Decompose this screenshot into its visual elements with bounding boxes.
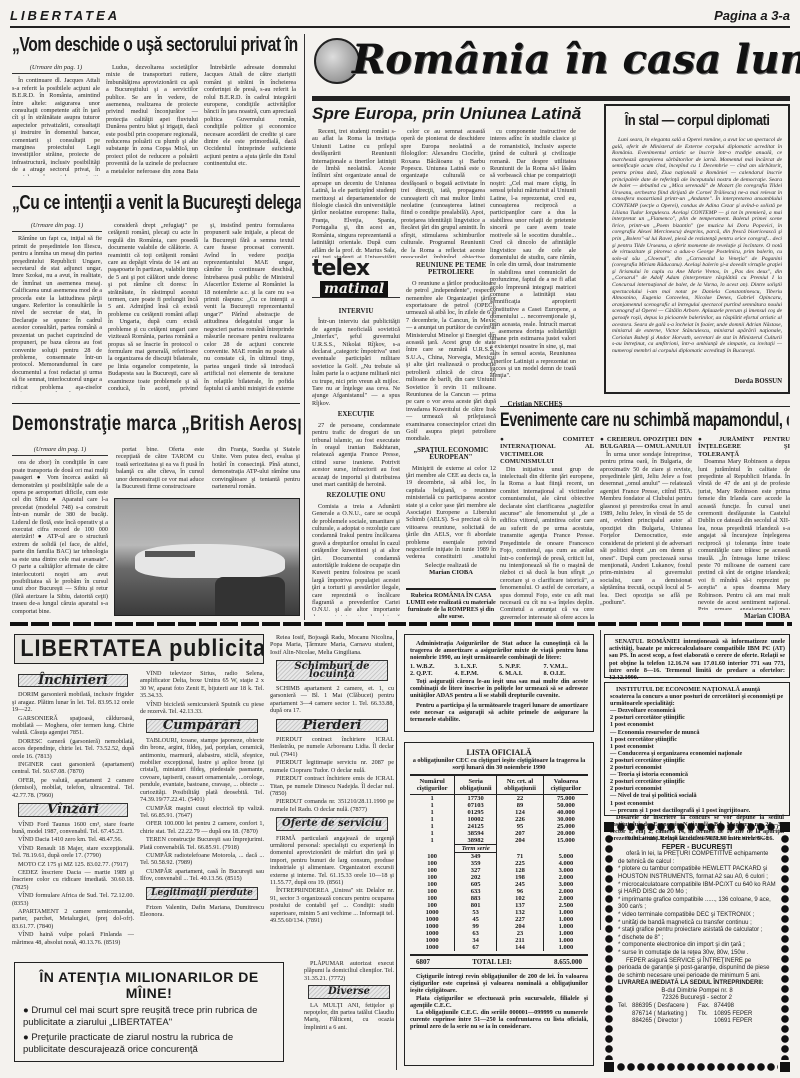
table-cell: 3.000 [543, 867, 588, 874]
table-cell: 50.000 [543, 802, 588, 809]
ad-text: DORIM garsonieră mobilată, inclusiv frig… [12, 691, 134, 713]
cec-total-row: 6807 TOTAL LEI: 8.655.000 [410, 954, 588, 969]
column-header: Valoarea cîştigurilor [543, 776, 588, 795]
table-cell: 63 [455, 930, 497, 937]
table-cell: 227 [497, 916, 544, 923]
column-text: cu componente instructive de interes adî… [490, 128, 576, 380]
continued-note: (Urmare din pag. 1) [12, 446, 108, 456]
ad-text: VÎND bicicletă semicursieră Sputnik cu p… [140, 701, 264, 716]
body-text: Luni seara, în eleganta sală a Operei ro… [612, 137, 782, 355]
table-cell: 1000 [410, 937, 455, 944]
masthead: LIBERTATEA Pagina a 3-a [10, 6, 790, 28]
table-cell: 75.000 [543, 795, 588, 803]
product-item: * unităţi de bandă magnetică cu transfer… [618, 920, 776, 928]
ad-bullet: ● Preţurile practicate de ziarul nostru … [23, 1032, 275, 1056]
article-british-aerospace: Demonstraţie marca „British Aerospace" (… [12, 412, 304, 622]
table-cell: 95 [497, 823, 544, 830]
table-cell: 2.000 [543, 874, 588, 881]
classifieds-column-1: Închirieri DORIM garsonieră mobilată, in… [12, 670, 134, 955]
section-header: Închirieri [18, 674, 128, 687]
table-cell: 2.500 [543, 902, 588, 909]
bullet-text: Preţurile practicate de ziarul nostru la… [23, 1032, 233, 1055]
product-item: * imprimante grafice compatibile ......,… [618, 897, 776, 912]
table-cell: 1 [410, 837, 455, 845]
ad-body: Pentru a participa şi la următoarele tra… [410, 702, 588, 724]
table-cell: 883 [455, 895, 497, 902]
table-cell: 30.000 [543, 816, 588, 823]
section-banner: România în casa lumii [312, 34, 792, 94]
item-body: 27 de persoane, condamnate pentru trafic… [312, 422, 400, 489]
article-column: portat bine. Oferta este recepţiată de c… [116, 446, 204, 488]
article-column: cu componente instructive de interes adî… [490, 128, 576, 418]
column-divider [396, 630, 397, 1070]
telex-column-right: REUNIUNE PE TEME PETROLIERE O reuniune a… [406, 258, 496, 558]
ad-text: INGINER caut garsonieră (apartament) cen… [12, 761, 134, 776]
ad-text: VÎND televizor Sirius, radio Selena, amp… [140, 670, 264, 700]
table-cell: 96 [497, 888, 544, 895]
ad-institute: INSTITUTUL DE ECONOMIE NAŢIONALĂ anunţă … [604, 682, 790, 816]
table-cell: 53 [455, 909, 497, 916]
ad-text: TABLOURI, icoane, stampe japoneze, obiec… [140, 737, 264, 804]
table-cell: 211 [497, 937, 544, 944]
section-header: Vînzări [18, 803, 128, 816]
contact-field [618, 1018, 632, 1026]
table-cell: 3.000 [543, 881, 588, 888]
classifieds-logo: LIBERTATEA publicitate [14, 634, 264, 664]
table-cell: 100 [410, 888, 455, 895]
classifieds-column-4: PLĂPUMAR autorizat execut plăpumi la dom… [304, 960, 394, 1070]
dotted-border-bottom [616, 1062, 778, 1072]
article-column: (Urmare din pag. 1) Rămîne un fapt ca, i… [12, 222, 102, 392]
column-text: celor ce au semnat această operă de pion… [401, 128, 485, 258]
headline: Demonstraţie marca „British Aerospace" [12, 412, 301, 438]
table-cell: 124 [497, 809, 544, 816]
ad-text: LA MULŢI ANI, fetiţelor şi nepoţelor, di… [304, 1002, 394, 1032]
page-number: Pagina a 3-a [714, 8, 790, 23]
ad-senate: SENATUL ROMÂNIEI intenţionează să inform… [604, 634, 790, 678]
table-cell: 605 [455, 881, 497, 888]
divider [312, 96, 790, 101]
selection-author: Marian CIOBA [406, 569, 496, 576]
airplane-photo [114, 498, 300, 616]
ad-millionaires: ÎN ATENŢIA MILIONARILOR DE MÎINE! ● Drum… [14, 962, 284, 1062]
ad-text: SCHIMB apartament 2 camere, et. 1, cu ga… [270, 685, 394, 715]
table-row: 100063231.000 [410, 930, 588, 937]
table-cell: 100 [410, 902, 455, 909]
table-row: 1002021982.000 [410, 874, 588, 881]
combination: 3. L.X.F. [455, 663, 500, 670]
events-column: ● COMITET INTERNAŢIONAL AL VICTIMELOR CO… [500, 436, 594, 620]
note: La obligaţiunile C.E.C. din seriile 0000… [410, 1009, 588, 1031]
table-cell: 1000 [410, 916, 455, 923]
term-label: Term serie [455, 845, 497, 853]
column-text: consideră drept „refugiaţi" pe cetăţenii… [108, 222, 198, 392]
table-cell: 1 [410, 830, 455, 837]
table-cell: 4.000 [543, 860, 588, 867]
table-cell: 1.000 [543, 944, 588, 951]
table-cell: 1 [410, 816, 455, 823]
table-cell: 204 [497, 923, 544, 930]
table-row: 100633962.000 [410, 888, 588, 895]
item-body: O reuniune a ţărilor producătoare de pet… [406, 280, 496, 443]
contact-row: Tel.886395 ( Desfacere )Fax.874498 [618, 1003, 776, 1011]
headline: „Vom deschide o uşă sectorului privat în… [12, 34, 301, 58]
ad-adas: Administraţia Asigurărilor de Stat aduce… [404, 634, 594, 732]
table-row: 1000531321.000 [410, 909, 588, 916]
headline: Spre Europa, prin Uniunea Latină [312, 104, 582, 124]
contact-list: Tel.886395 ( Desfacere )Fax.874498876714… [618, 1003, 776, 1026]
address-line: B-dul Dimitrie Pompei nr. 8 [618, 988, 776, 996]
table-cell: 38982 [455, 837, 497, 845]
table-cell: 1000 [410, 909, 455, 916]
cec-official-list: LISTA OFICIALĂ a obligaţiunilor CEC cu c… [404, 742, 594, 1066]
ad-body: SENATUL ROMÂNIEI intenţionează să inform… [609, 638, 785, 681]
column-header: Numărul cîştigurilor [410, 776, 455, 795]
article-body: Luni seara, în eleganta sală a Operei ro… [612, 137, 782, 375]
position-line: — Teoria şi istoria economică [610, 771, 784, 778]
column-header: Nr. crt. al obligaţiunii [497, 776, 544, 795]
item-title: ● CREIERUL OPOZIŢIEI DIN BULGARIA — OMUL… [600, 436, 692, 451]
contact-field: 874498 [714, 1003, 776, 1011]
ad-text: TEREN construcţie Bucureşti sau împrejur… [140, 836, 264, 851]
note: Cîştigurile întregi revin obligaţiunilor… [410, 973, 588, 995]
feper-content: ÎNTREPRINDEREA DE ECHIPAMENTE PERIFERICE… [618, 836, 776, 1058]
article-column: Ludus, dezvoltarea societăţilor mixte de… [106, 64, 198, 176]
table-cell: 45 [455, 916, 497, 923]
ad-text: VÎND formulare Africa de Sud. Tel. 72.12… [12, 892, 134, 907]
section-header: Diverse [308, 985, 390, 998]
cec-notes: Cîştigurile întregi revin obligaţiunilor… [410, 973, 588, 1031]
telex-logo: telex matinal [312, 258, 400, 298]
ad-intro: oferă în lei, la PREŢURI COMPETITIVE ech… [618, 851, 776, 866]
column-divider [600, 630, 601, 930]
section-header: Oferte de serviciu [276, 817, 388, 830]
position-line: — Conducerea şi organizarea economiei na… [610, 750, 784, 757]
total-value: 8.655.000 [554, 958, 582, 966]
item-title: INTERVIU [312, 308, 400, 315]
selection-label: Selecţie realizată de [406, 562, 496, 569]
product-item: * dischete de 8" ; [618, 935, 776, 943]
table-cell: 25.000 [543, 823, 588, 830]
table-cell: 100 [410, 881, 455, 888]
table-row: 1003271283.000 [410, 867, 588, 874]
telex-column-left: INTERVIU Într-un interviu dat publicităţ… [312, 304, 400, 616]
combination: 2. Q.P.T. [410, 670, 455, 677]
table-row: 11000222630.000 [410, 816, 588, 823]
item-body: Într-un interviu dat publicităţii de age… [312, 318, 400, 407]
column-text: Rămîne un fapt ca, iniţial să fie primit… [12, 235, 102, 392]
contact-field [698, 1018, 714, 1026]
address-line: 72326 Bucureşti - sector 2 [618, 995, 776, 1003]
product-item: * staţii grafice pentru proiectare asist… [618, 927, 776, 935]
ad-text: CUMPĂR maşini cusut electrică tip valiză… [140, 805, 264, 820]
delivery-note: LIVRAREA IMEDIATĂ LA SEDIUL ÎNTREPRINDER… [618, 980, 776, 988]
table-cell: 17730 [455, 795, 497, 803]
ad-intro: Administraţia Asigurărilor de Stat aduce… [410, 640, 588, 662]
item-title: REZOLUŢIE ONU [312, 492, 400, 499]
column-text: din Franţa, Suedia şi Statele Unite. Vom… [212, 446, 300, 488]
combination: 8. O.I.E. [544, 670, 589, 677]
table-row: 1008831022.000 [410, 895, 588, 902]
table-cell: 226 [497, 816, 544, 823]
column-text: Întrebările adresate domnului Jacques At… [204, 64, 296, 168]
ad-text: PIERDUT contract închiriere emis de ICRA… [270, 775, 394, 797]
table-cell: 1.000 [543, 909, 588, 916]
dotted-border-left [604, 834, 614, 1060]
column-header: Seria obligaţiunii [455, 776, 497, 795]
headline: „Cu ce intenţii a venit la Bucureşti del… [12, 192, 301, 216]
position-line: 2 posturi cercetător ştiinţific [610, 778, 784, 785]
table-cell: 40.000 [543, 809, 588, 816]
ad-text: Frizen Valentin, Dafin Mariana, Dumitres… [140, 904, 264, 919]
ad-text: VÎND Dacia 1410 zero km. Tel. 48.47.56. [12, 836, 134, 843]
article-column: consideră drept „refugiaţi" pe cetăţenii… [108, 222, 198, 392]
author: Marian CIOBA [698, 613, 790, 620]
table-row: 10129512440.000 [410, 809, 588, 816]
column-text: Recent, trei studenţi români s-au aflat … [312, 128, 396, 258]
ad-bullet: ● Drumul cel mai scurt spre reuşită trec… [23, 1005, 275, 1029]
ad-text: CUMPĂR radiotelefoane Motorola, ... dacă… [140, 852, 264, 867]
headline: În stal — corpul diplomatic [625, 112, 770, 129]
table-cell: 1.000 [543, 916, 588, 923]
table-row: 1000992041.000 [410, 923, 588, 930]
product-item: * surse în comutaţie de la reţea 30w, 80… [618, 950, 776, 958]
ad-text: PIERDUT contract închiriere ICRAL Herăst… [270, 736, 394, 758]
people-silhouette [215, 577, 285, 616]
classifieds-logo-text: LIBERTATEA publicitate [15, 635, 238, 663]
product-list: * plotere cu tambur compatibile HEWLETT … [618, 866, 776, 957]
table-cell: 38594 [455, 830, 497, 837]
table-cell: 5.000 [543, 853, 588, 861]
total-label: TOTAL LEI: [472, 958, 512, 966]
selection-credit: Selecţie realizată de Marian CIOBA [406, 562, 496, 576]
telex-subtitle: matinal [320, 281, 388, 297]
dotted-border-right [780, 834, 790, 1060]
ad-text: CUMPĂR apartament, casă în Bucureşti sau… [140, 868, 264, 883]
position-line: 2 posturi economist [610, 764, 784, 771]
letter-combinations: 1. W.B.Z. 3. L.X.F. 5. N.P.F. 7. V.M.L. … [410, 663, 588, 677]
section-title: România în casa lumii [352, 36, 800, 83]
table-cell: 22 [497, 795, 544, 803]
table-cell: 1.000 [543, 923, 588, 930]
table-cell: 144 [497, 944, 544, 951]
column-text: În continuare dl. Jacques Attali s-a ref… [12, 77, 100, 176]
position-line: 1 post economist [610, 743, 784, 750]
continued-note: (Urmare din pag. 1) [12, 222, 102, 232]
column-text: Ludus, dezvoltarea societăţilor mixte de… [106, 64, 198, 176]
contact-field: 886395 ( Desfacere ) [632, 1003, 698, 1011]
ad-text: PIERDUT comanda nr. 351210/28.11.1990 pe… [270, 798, 394, 813]
table-cell: 137 [497, 902, 544, 909]
table-cell: 1 [410, 809, 455, 816]
divider [500, 406, 790, 407]
article-hungarian-delegate: „Cu ce intenţii a venit la Bucureşti del… [12, 192, 302, 397]
airplane-icon [135, 544, 285, 578]
item-body: Din iniţiativa unui grup de intelectuali… [500, 466, 594, 620]
table-cell: 99 [455, 923, 497, 930]
section-header: Schimburi de locuinţă [276, 660, 388, 681]
list-title: LISTA OFICIALĂ [410, 748, 588, 757]
item-title: ● COMITET INTERNAŢIONAL AL VICTIMELOR CO… [500, 436, 594, 466]
table-cell: 100 [410, 895, 455, 902]
table-cell: 100 [410, 874, 455, 881]
article-column: (Urmare din pag. 1) În continuare dl. Ja… [12, 64, 100, 176]
contact-field: Fax. [698, 1003, 714, 1011]
combination: 6. M.A.I. [499, 670, 544, 677]
combination: 1. W.B.Z. [410, 663, 455, 670]
table-row: 1177302275.000 [410, 795, 588, 803]
table-row: 13898220415.000 [410, 837, 588, 845]
section-divider [10, 622, 792, 626]
table-cell: 89 [497, 802, 544, 809]
classifieds-column-2: VÎND televizor Sirius, radio Selena, amp… [140, 670, 264, 955]
table-cell: 359 [455, 860, 497, 867]
ad-text: VÎND haină vulpe polară Finlanda — mărim… [12, 931, 134, 946]
section-header: Pierderi [276, 719, 388, 732]
article-latin-union: Spre Europa, prin Uniunea Latină Recent,… [312, 104, 582, 254]
cec-table: Numărul cîştigurilor Seria obligaţiunii … [410, 776, 588, 951]
ad-text: PLĂPUMAR autorizat execut plăpumi la dom… [304, 960, 394, 982]
ad-text: Reiea Iosif, Bojoagă Radu, Mocanu Nicoli… [270, 634, 394, 656]
table-cell: 20.000 [543, 830, 588, 837]
ad-text: GARSONIERĂ spaţioasă, călduroasă, mobila… [12, 715, 134, 737]
item-title: ● JURĂMÎNT PENTRU ÎNŢELEGERE ŞI TOLERANŢ… [698, 436, 790, 458]
list-subtitle: a obligaţiunilor CEC cu cîştiguri ieşite… [410, 757, 588, 771]
table-cell: 100 [410, 867, 455, 874]
contact-field: Tlx. [698, 1011, 714, 1019]
table-cell: 225 [497, 860, 544, 867]
table-cell: 132 [497, 909, 544, 916]
ad-text: APARTAMENT 2 camere semicomandat, parter… [12, 908, 134, 930]
divider [12, 403, 300, 404]
article-column: din Franţa, Suedia şi Statele Unite. Vom… [212, 446, 300, 488]
item-body: În urma unor sondaje întreprinse, pentru… [600, 451, 692, 607]
contact-field: Tel. [618, 1003, 632, 1011]
article-column: Întrebările adresate domnului Jacques At… [204, 64, 296, 176]
table-cell: 10002 [455, 816, 497, 823]
article-private-sector: „Vom deschide o uşă sectorului privat în… [12, 34, 302, 184]
table-cell: 1000 [410, 930, 455, 937]
table-cell: 23 [497, 930, 544, 937]
bullet-text: Drumul cel mai scurt spre reuşită trece … [23, 1005, 257, 1028]
table-row: 1241259525.000 [410, 823, 588, 830]
contact-row: 876714 ( Marketing )Tlx.10895 FEPER [618, 1011, 776, 1019]
newspaper-name: LIBERTATEA [10, 8, 120, 23]
product-item: * plotere cu tambur compatibile HEWLETT … [618, 866, 776, 881]
table-cell: 67 [455, 944, 497, 951]
table-cell: 24125 [455, 823, 497, 830]
contact-row: 884265 ( Director )10691 FEPER [618, 1018, 776, 1026]
table-cell: 100 [410, 853, 455, 861]
rubric-note: Rubrica ROMÂNIA ÎN CASA LUMII este reali… [406, 588, 496, 620]
combination: 7. V.M.L. [544, 663, 589, 670]
ad-text: ÎNTREPRINDEREA „Unirea" str. Delalor nr.… [270, 887, 394, 924]
cec-series-rows: 1177302275.0001071038950.00010129512440.… [410, 795, 588, 845]
ad-text: DORESC cameră (garsonieră) nemobilată, a… [12, 738, 134, 760]
table-cell: 102 [497, 895, 544, 902]
table-cell: 349 [455, 853, 497, 861]
position-line: 2 posturi cercetător ştiinţific [610, 757, 784, 764]
ad-text: PIERDUT legitimaţie serviciu nr. 2087 pe… [270, 759, 394, 774]
table-row: 100349715.000 [410, 853, 588, 861]
combination: 4. E.P.M. [455, 670, 500, 677]
table-cell: 245 [497, 881, 544, 888]
table-cell: 202 [455, 874, 497, 881]
contact-field: 10691 FEPER [714, 1018, 776, 1026]
column-divider [304, 34, 305, 620]
table-cell: 07103 [455, 802, 497, 809]
table-row: 1000671441.000 [410, 944, 588, 951]
ad-text: VÎND Ford Taunus 1600 cm³, stare foarte … [12, 821, 134, 836]
table-cell: 1.000 [543, 930, 588, 937]
table-cell: 71 [497, 853, 544, 861]
table-cell: 1.000 [543, 937, 588, 944]
position-line: — Economia resurselor de muncă [610, 729, 784, 736]
events-column: ● JURĂMÎNT PENTRU ÎNŢELEGERE ŞI TOLERANŢ… [698, 436, 790, 610]
continued-note: (Urmare din pag. 1) [12, 64, 100, 74]
table-cell: 801 [455, 902, 497, 909]
position-line: 1 post economist [610, 800, 784, 807]
article-diplomatic: În stal — corpul diplomatic Luni seara, … [604, 104, 790, 394]
table-cell: 2.000 [543, 888, 588, 895]
author: Dorda BOSSUN [612, 378, 782, 385]
item-title: EXECUŢIE [312, 411, 400, 418]
position-line: — precum şi 1 post dactilografă şi 1 pos… [610, 807, 784, 814]
cec-term-rows: 100349715.0001003592254.0001003271283.00… [410, 853, 588, 952]
dotted-border-top [616, 822, 778, 832]
table-cell: 128 [497, 867, 544, 874]
item-title: REUNIUNE PE TEME PETROLIERE [406, 262, 496, 277]
item-title: „SPAŢIUL ECONOMIC EUROPEAN" [406, 447, 496, 462]
column-text: şi, insistînd pentru formularea propuner… [204, 222, 294, 392]
table-cell: 1000 [410, 923, 455, 930]
table-cell: 1 [410, 823, 455, 830]
classifieds-column-3: Reiea Iosif, Bojoagă Radu, Mocanu Nicoli… [270, 634, 394, 959]
telex-title: telex [312, 258, 400, 280]
product-item: * video terminale compatibile DEC şi TEK… [618, 912, 776, 920]
table-row: 1000452271.000 [410, 916, 588, 923]
table-cell: 198 [497, 874, 544, 881]
table-row: 1071038950.000 [410, 802, 588, 809]
table-row: 13859420720.000 [410, 830, 588, 837]
table-cell: 207 [497, 830, 544, 837]
article-column: şi, insistînd pentru formularea propuner… [204, 222, 294, 392]
cockpit-windows [145, 551, 195, 557]
company-name: ÎNTREPRINDEREA DE ECHIPAMENTE PERIFERICE [618, 836, 776, 844]
position-line: — Dezvoltare economică [610, 707, 784, 714]
contact-field [618, 1011, 632, 1019]
position-line: — Nivel de trai şi politică socială [610, 792, 784, 799]
contact-field: 884265 ( Director ) [632, 1018, 698, 1026]
item-body: Miniştrii de externe ai celor 12 ţări me… [406, 465, 496, 558]
ad-body: Toţi asiguraţii cărora le-au ieşit una s… [410, 678, 588, 700]
product-item: * componente electronice din import şi d… [618, 942, 776, 950]
table-cell: 2.000 [543, 895, 588, 902]
position-line: 2 posturi economist [610, 785, 784, 792]
ad-intro: scoaterea la concurs a unor posturi de c… [610, 693, 784, 707]
table-cell: 01295 [455, 809, 497, 816]
article-column: Recent, trei studenţi români s-au aflat … [312, 128, 396, 258]
note: Plata cîştigurilor se efectuează prin su… [410, 995, 588, 1009]
ad-title: INSTITUTUL DE ECONOMIE NAŢIONALĂ anunţă [610, 686, 784, 693]
table-cell: 1 [410, 802, 455, 809]
ad-title: ÎN ATENŢIA MILIONARILOR DE MÎINE! [23, 969, 275, 1001]
position-line: 1 post economist [610, 721, 784, 728]
table-cell: 100 [410, 860, 455, 867]
table-cell: 327 [455, 867, 497, 874]
article-column: celor ce au semnat această operă de pion… [401, 128, 485, 258]
section-header: Cumpărări [146, 719, 258, 732]
